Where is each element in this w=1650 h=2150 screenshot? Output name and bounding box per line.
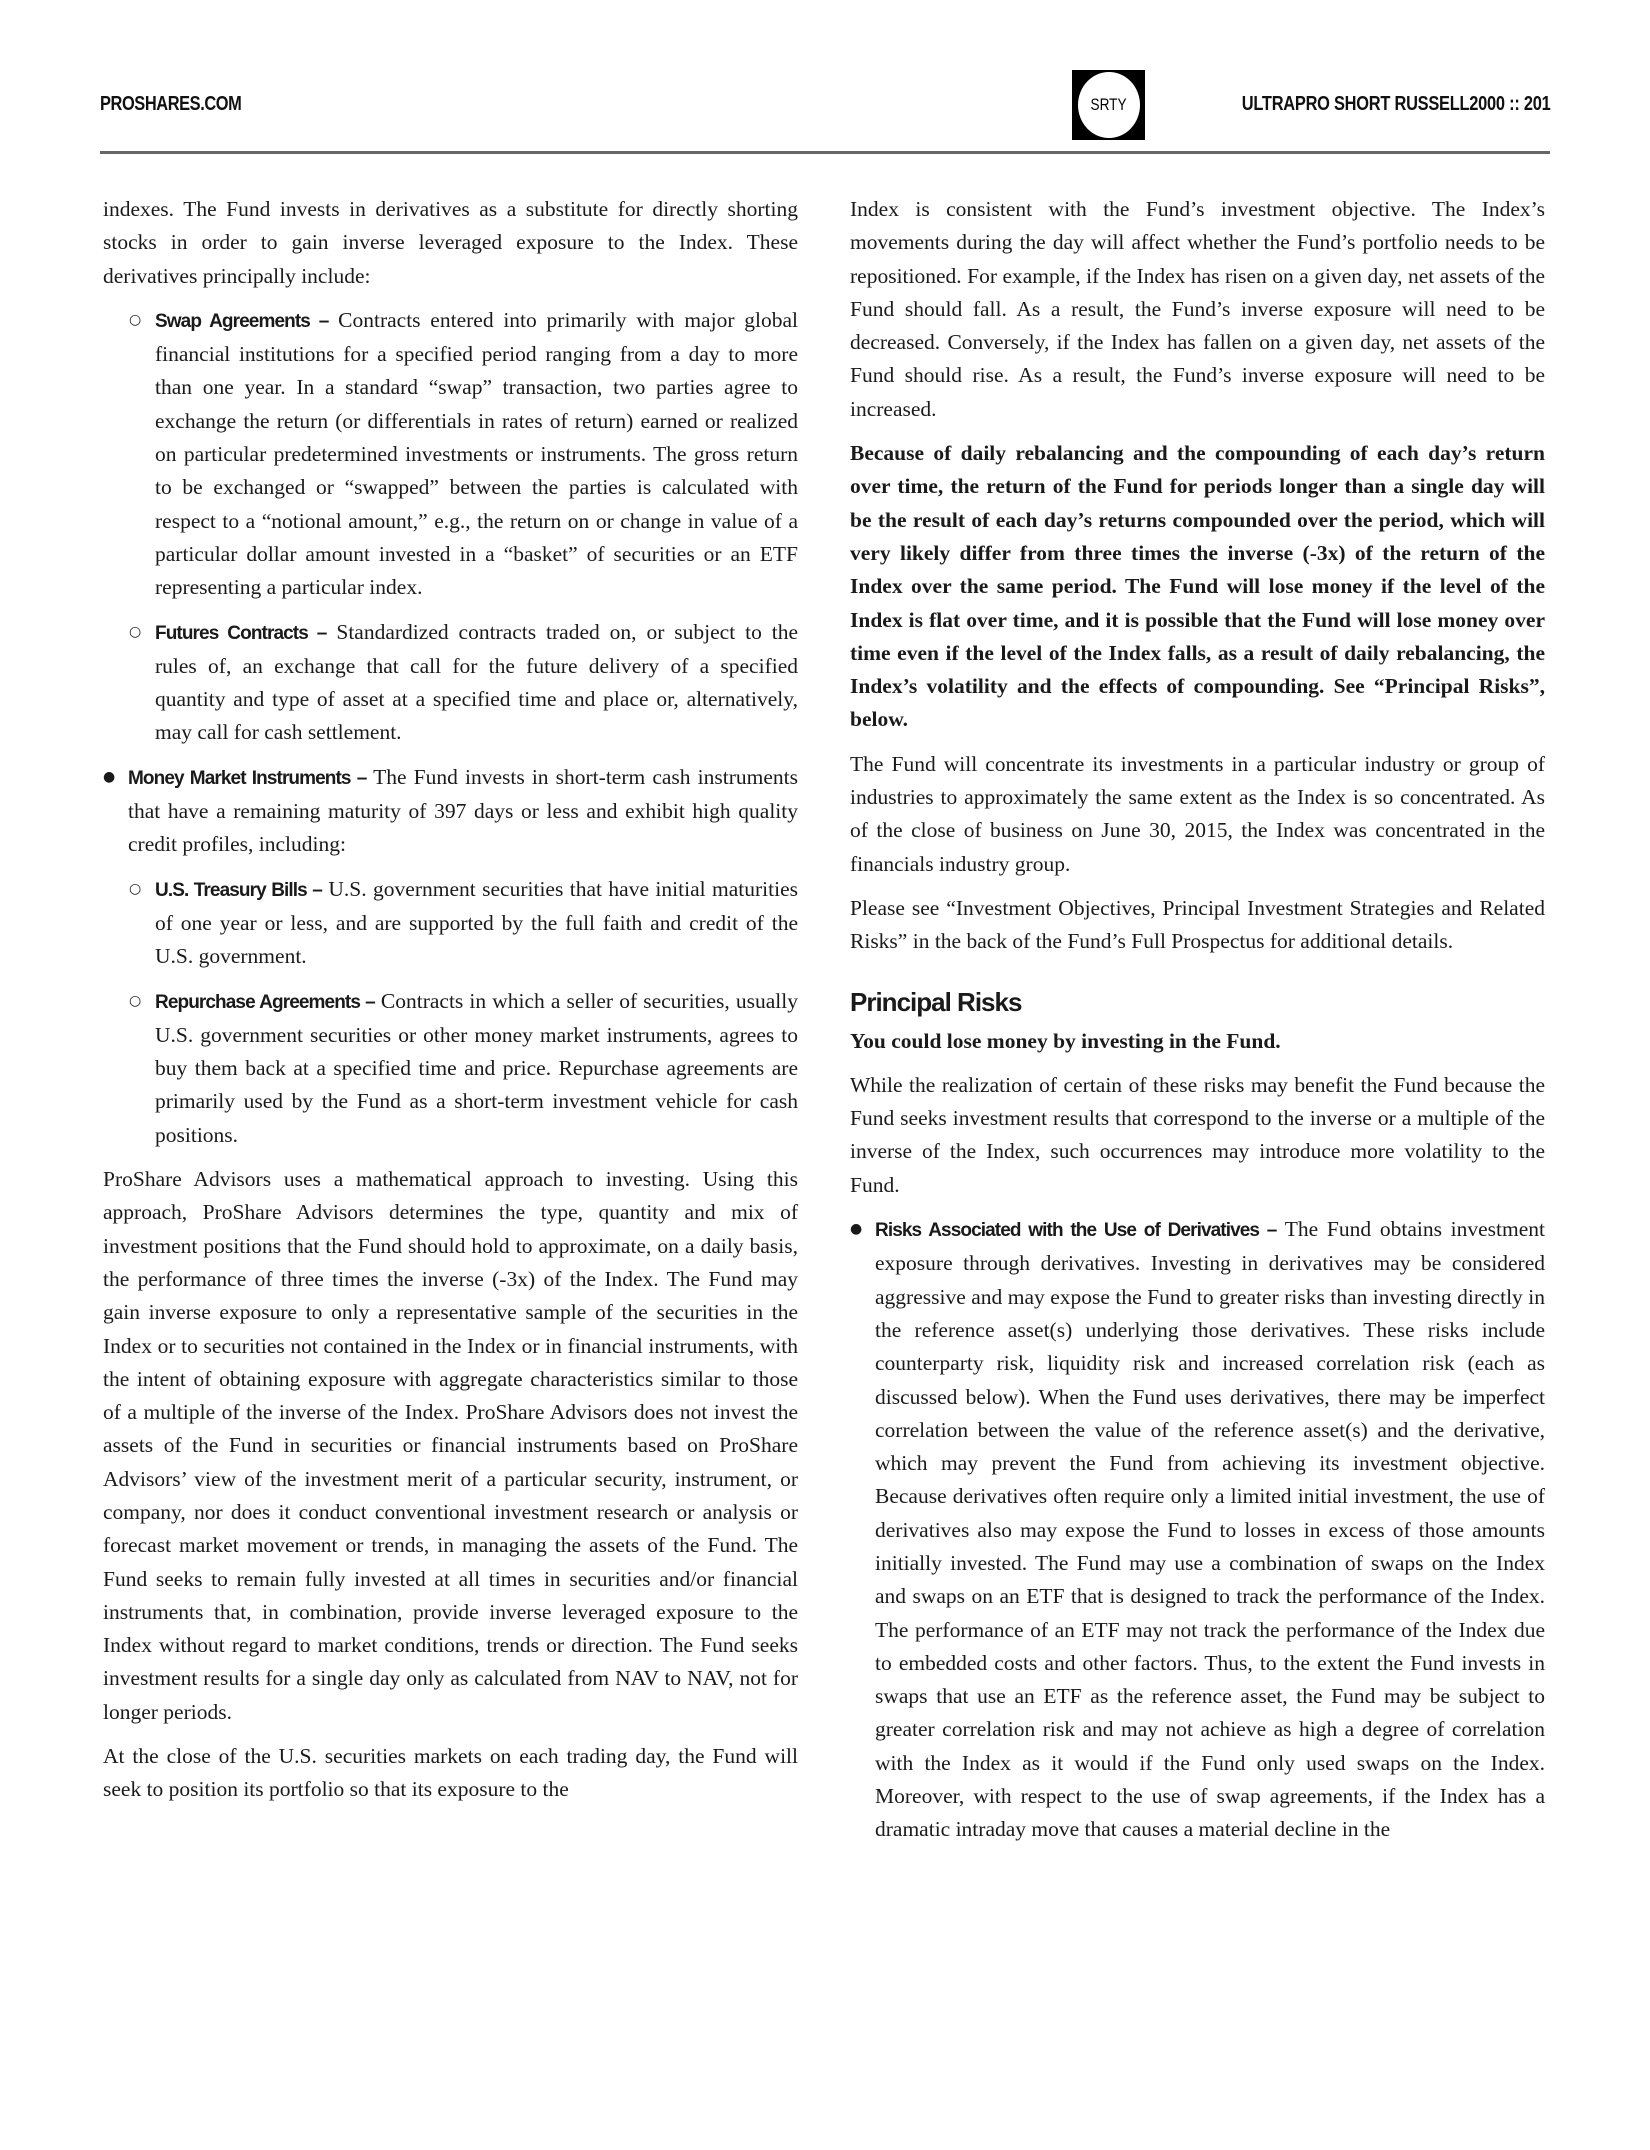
- list-item-swap-agreements: ○ Swap Agreements – Contracts entered in…: [103, 304, 798, 605]
- derivatives-list: ○ Swap Agreements – Contracts entered in…: [103, 304, 798, 1152]
- approach-paragraph: ProShare Advisors uses a mathematical ap…: [103, 1163, 798, 1729]
- term-label: U.S. Treasury Bills –: [155, 880, 322, 901]
- bullet-icon: ●: [850, 1213, 862, 1246]
- list-item-derivatives-risk: ● Risks Associated with the Use of Deriv…: [850, 1213, 1545, 1847]
- concentration-paragraph: The Fund will concentrate its investment…: [850, 748, 1545, 881]
- close-paragraph: At the close of the U.S. securities mark…: [103, 1740, 798, 1807]
- running-title: ULTRAPRO SHORT RUSSELL2000 :: 201: [1241, 93, 1550, 116]
- sub-bullet-icon: ○: [129, 873, 141, 906]
- header-divider: [100, 151, 1550, 154]
- intro-paragraph: indexes. The Fund invests in derivatives…: [103, 193, 798, 293]
- logo-ticker: SRTY: [1090, 95, 1126, 115]
- right-column: Index is consistent with the Fund’s inve…: [850, 193, 1545, 1858]
- list-item-futures-contracts: ○ Futures Contracts – Standardized contr…: [103, 616, 798, 750]
- compounding-warning: Because of daily rebalancing and the com…: [850, 437, 1545, 737]
- bullet-icon: ●: [103, 761, 115, 794]
- sub-bullet-icon: ○: [129, 616, 141, 649]
- term-label: Futures Contracts –: [155, 623, 326, 644]
- term-description: The Fund obtains investment exposure thr…: [875, 1217, 1545, 1841]
- term-label: Money Market Instruments –: [128, 768, 366, 789]
- see-also-paragraph: Please see “Investment Objectives, Princ…: [850, 892, 1545, 959]
- logo-circle: SRTY: [1078, 72, 1140, 138]
- term-label: Repurchase Agreements –: [155, 992, 375, 1013]
- section-subhead: You could lose money by investing in the…: [850, 1025, 1545, 1058]
- term-label: Risks Associated with the Use of Derivat…: [875, 1220, 1276, 1241]
- term-label: Swap Agreements –: [155, 311, 328, 332]
- left-column: indexes. The Fund invests in derivatives…: [103, 193, 798, 1818]
- list-item-treasury-bills: ○ U.S. Treasury Bills – U.S. government …: [103, 873, 798, 974]
- term-description: Contracts entered into primarily with ma…: [155, 308, 798, 599]
- page-header: PROSHARES.COM SRTY ULTRAPRO SHORT RUSSEL…: [100, 70, 1550, 150]
- list-item-money-market: ● Money Market Instruments – The Fund in…: [103, 761, 798, 862]
- section-heading-principal-risks: Principal Risks: [850, 985, 1545, 1019]
- list-item-repurchase-agreements: ○ Repurchase Agreements – Contracts in w…: [103, 985, 798, 1152]
- sub-bullet-icon: ○: [129, 985, 141, 1018]
- site-name: PROSHARES.COM: [100, 93, 241, 116]
- risks-intro-paragraph: While the realization of certain of thes…: [850, 1069, 1545, 1202]
- risks-list: ● Risks Associated with the Use of Deriv…: [850, 1213, 1545, 1847]
- srty-logo-icon: SRTY: [1072, 70, 1145, 140]
- continuation-paragraph: Index is consistent with the Fund’s inve…: [850, 193, 1545, 426]
- sub-bullet-icon: ○: [129, 304, 141, 337]
